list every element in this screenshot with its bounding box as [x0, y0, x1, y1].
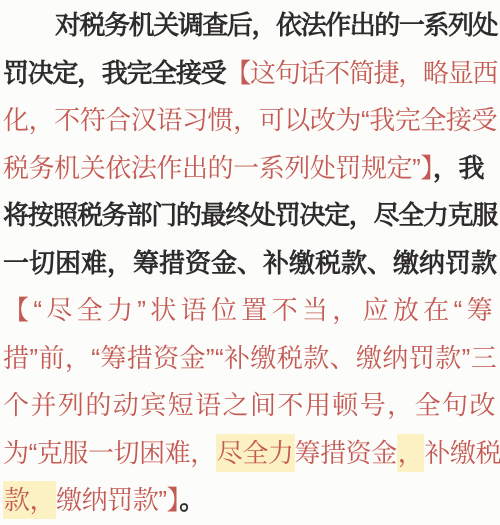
- text-line: 为“克服一切困难，尽全力筹措资金，补缴税: [3, 430, 497, 478]
- text-segment: 将按照税务部门的最终处罚决定，尽全力克服: [3, 200, 497, 230]
- text-segment: 。: [179, 485, 205, 515]
- text-line: 化，不符合汉语习惯，可以改为“我完全接受: [3, 97, 497, 145]
- text-segment: 对税务机关调查后，依法作出的一系列处: [55, 10, 497, 40]
- text-segment: 筹措资金: [295, 438, 397, 468]
- text-segment: 个并列的动宾短语之间不用顿号，全句改: [3, 390, 497, 420]
- text-content: 对税务机关调查后，依法作出的一系列处罚决定，我完全接受【这句话不简捷，略显西化，…: [3, 2, 497, 525]
- text-segment: 措”前，“筹措资金”“补缴税款、缴纳罚款”三: [3, 343, 497, 373]
- text-segment: 一切困难，筹措资金、补缴税款、缴纳罚款: [3, 248, 497, 278]
- highlighted-text: 款，: [3, 481, 56, 519]
- text-segment: 【“尽全力”状语位置不当，应放在“筹: [3, 295, 497, 325]
- text-segment: 【这句话不简捷，略显西: [225, 58, 497, 88]
- text-segment: 罚决定，我完全接受: [3, 58, 225, 88]
- text-line: 个并列的动宾短语之间不用顿号，全句改: [3, 382, 497, 430]
- text-segment: 缴纳罚款”】: [56, 485, 179, 515]
- text-line: 一切困难，筹措资金、补缴税款、缴纳罚款: [3, 240, 497, 288]
- text-segment: 税务机关依法作出的一系列处罚规定”】: [3, 153, 433, 183]
- text-line: 措”前，“筹措资金”“补缴税款、缴纳罚款”三: [3, 335, 497, 383]
- text-segment: 为“克服一切困难，: [3, 438, 216, 468]
- text-segment: 化，不符合汉语习惯，可以改为“我完全接受: [3, 105, 497, 135]
- text-line: 罚决定，我完全接受【这句话不简捷，略显西: [3, 50, 497, 98]
- text-line: 对税务机关调查后，依法作出的一系列处: [3, 2, 497, 50]
- text-line: 款，缴纳罚款”】。: [3, 477, 497, 525]
- document-page: 对税务机关调查后，依法作出的一系列处罚决定，我完全接受【这句话不简捷，略显西化，…: [0, 0, 500, 525]
- highlighted-text: 尽全力: [216, 434, 295, 472]
- text-segment: 补缴税: [424, 438, 500, 468]
- highlighted-text: ，: [397, 434, 425, 472]
- text-line: 税务机关依法作出的一系列处罚规定”】，我: [3, 145, 497, 193]
- text-segment: ，我: [433, 153, 484, 183]
- text-line: 【“尽全力”状语位置不当，应放在“筹: [3, 287, 497, 335]
- text-line: 将按照税务部门的最终处罚决定，尽全力克服: [3, 192, 497, 240]
